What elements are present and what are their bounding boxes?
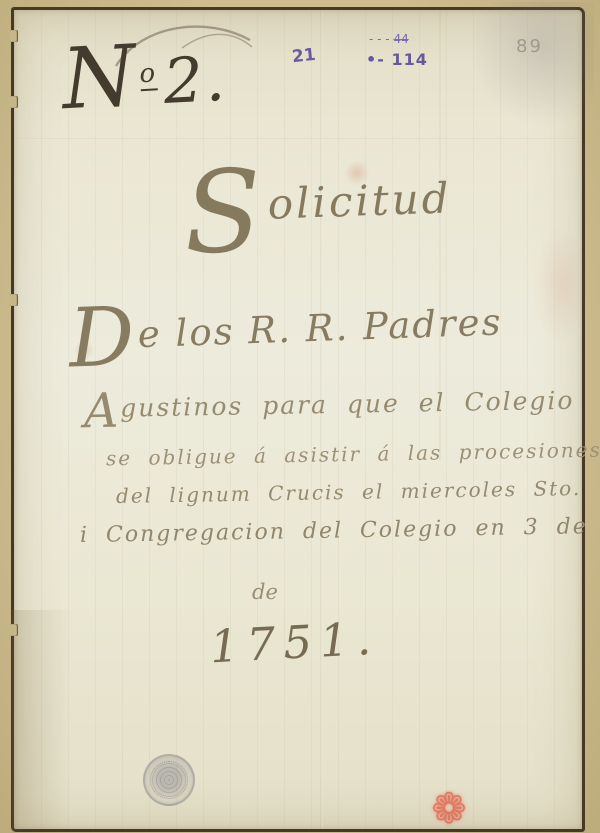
body-line: Agustinos para que el Colegio xyxy=(84,386,575,430)
scanned-document-background: No2. 21 - - - 44 •- 114 89 Solicitud De … xyxy=(0,0,600,833)
body-line: del lignum Crucis el miercoles Sto. xyxy=(116,476,582,508)
annotation-crossed-number: - - - 44 xyxy=(369,32,409,46)
seal-inner-ring xyxy=(150,761,188,799)
rosette-stamp-icon: ❁ xyxy=(426,786,472,832)
fold-crease xyxy=(14,138,582,140)
body-line: i Congregacion del Colegio en 3 de Mzo xyxy=(80,513,600,548)
catalog-value: 114 xyxy=(391,50,427,69)
stitch-notch xyxy=(9,96,18,108)
manuscript-page: No2. 21 - - - 44 •- 114 89 Solicitud De … xyxy=(11,7,585,832)
annotation-blue-number: 21 xyxy=(291,45,317,67)
stitch-notch xyxy=(9,624,18,636)
document-year: 1751. xyxy=(209,612,380,674)
heading-letter: N xyxy=(60,26,141,128)
pink-stain xyxy=(534,225,589,345)
heading-ordinal: o xyxy=(139,59,158,92)
body-line: de xyxy=(252,580,278,604)
embossed-seal-stamp-icon xyxy=(143,754,195,806)
annotation-catalog-number: •- 114 xyxy=(366,50,428,69)
stitch-notch xyxy=(9,294,18,306)
edge-shading xyxy=(12,610,72,830)
stitch-notch xyxy=(9,30,18,42)
body-line: se obligue á asistir á las procesiones xyxy=(106,438,600,471)
heading-number: 2. xyxy=(162,42,229,118)
document-number-heading: No2. xyxy=(60,22,229,128)
crossed-dashes: - - - xyxy=(369,32,390,46)
gray-stain xyxy=(469,2,594,127)
folio-number: 89 xyxy=(516,36,543,57)
crossed-value: 44 xyxy=(393,32,408,46)
body-line: De los R. R. Padres xyxy=(68,300,503,369)
catalog-dashes: •- xyxy=(366,50,385,69)
document-title: Solicitud xyxy=(183,173,453,255)
